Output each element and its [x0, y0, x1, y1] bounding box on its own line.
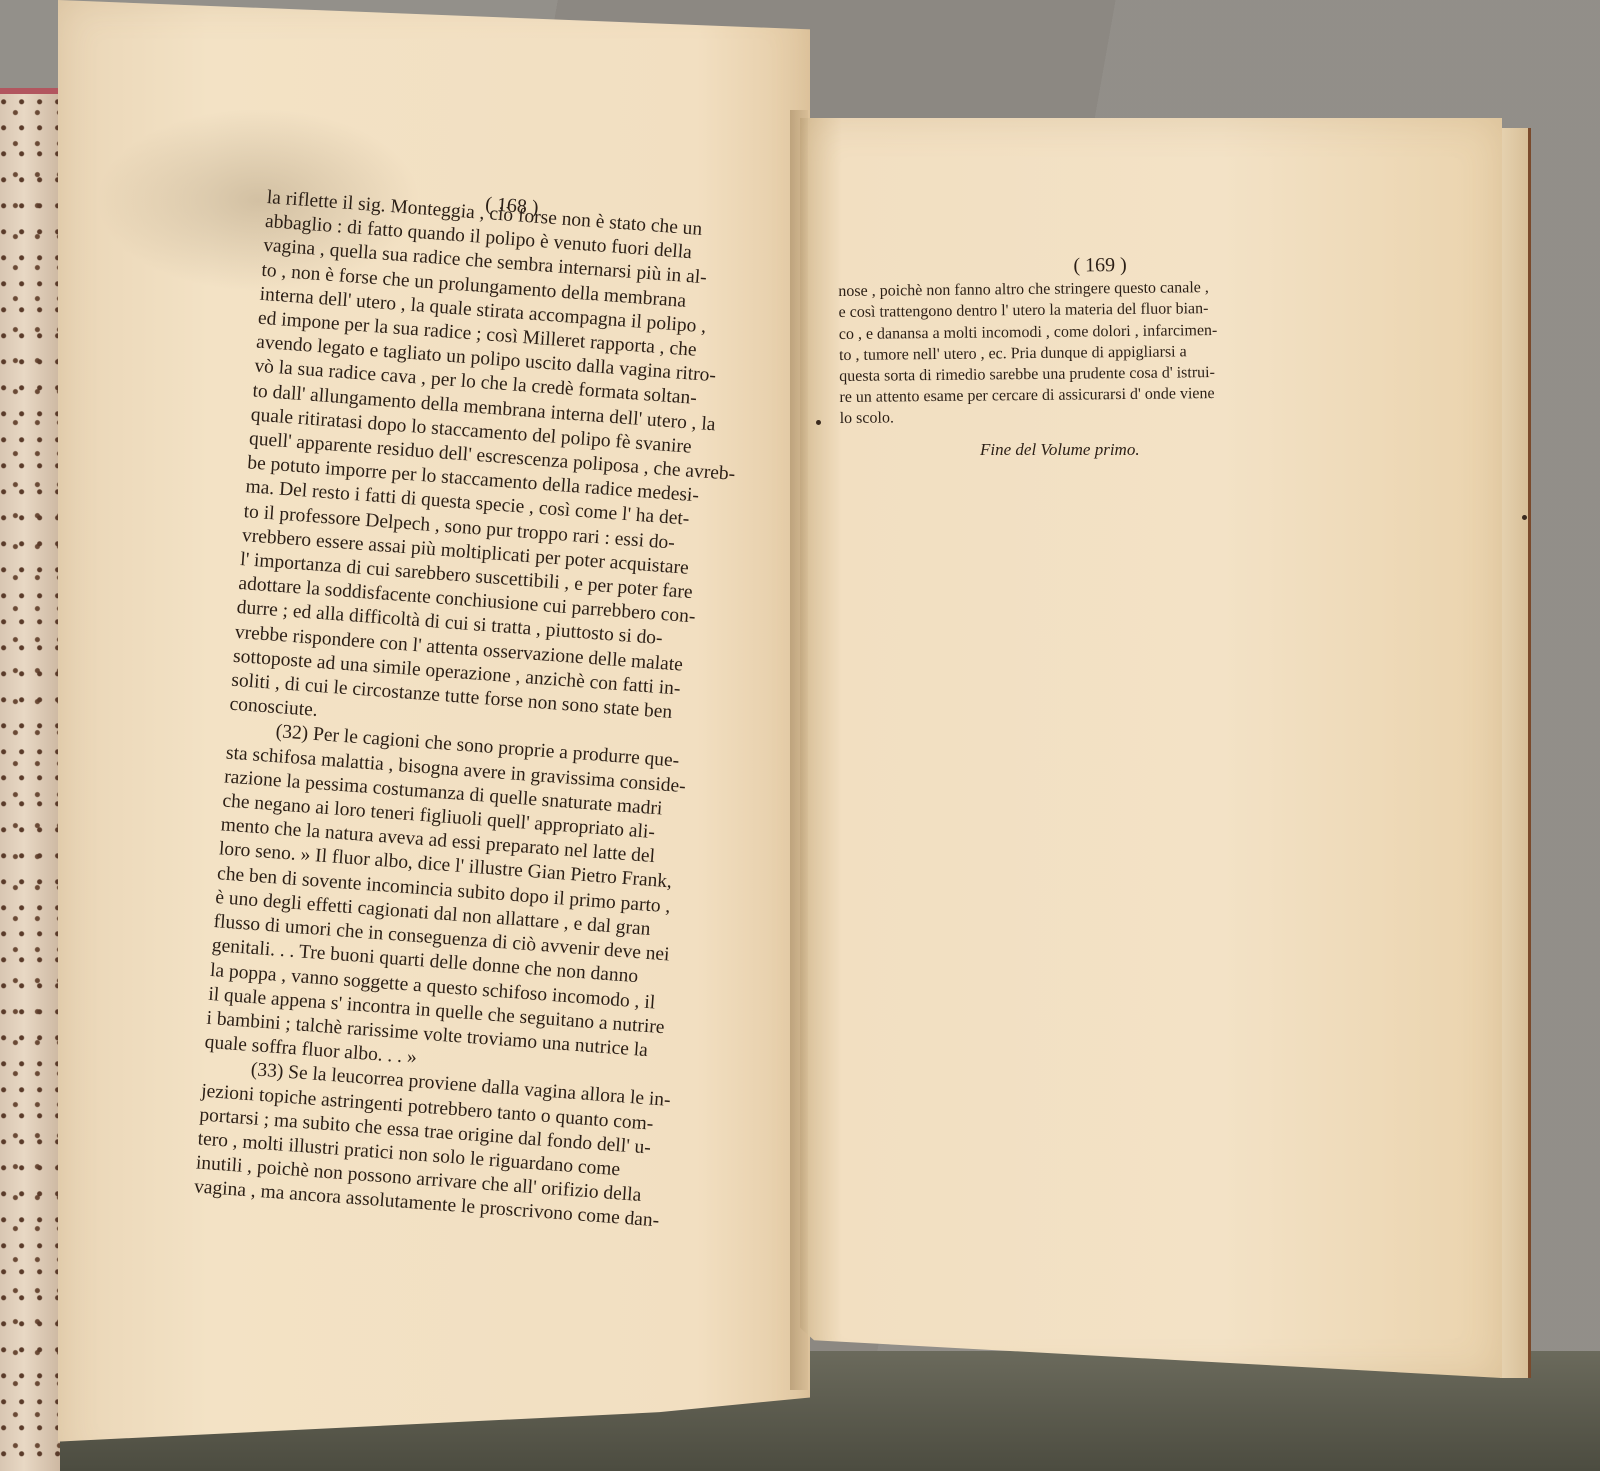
volume-end-note: Fine del Volume primo. — [980, 440, 1140, 460]
left-page-text: ( 168 ) la riflette il sig. Monteggia , … — [193, 182, 756, 1236]
right-page-stack-edge — [1500, 128, 1531, 1378]
book-fore-edge — [0, 88, 60, 1471]
right-page-text: ( 169 ) nose , poichè non fanno altro ch… — [838, 253, 1364, 430]
paper-spot — [816, 420, 821, 425]
page-number-right: ( 169 ) — [838, 253, 1362, 280]
paper-spot — [1522, 515, 1527, 520]
book-gutter — [790, 110, 808, 1390]
